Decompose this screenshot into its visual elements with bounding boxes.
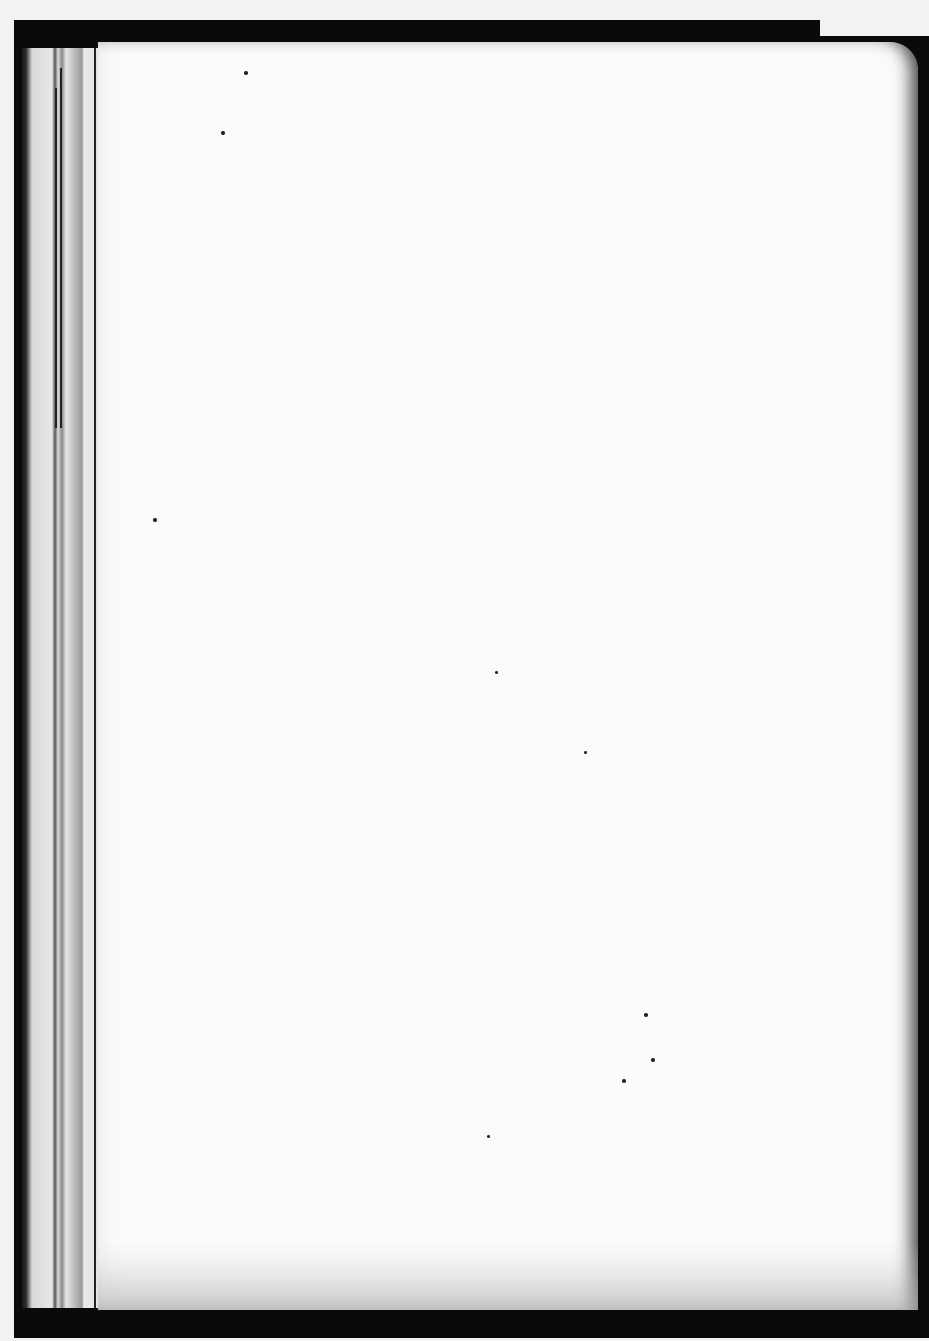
page-gutter-line xyxy=(94,48,96,1308)
page-edge-line xyxy=(60,68,62,428)
dust-speck xyxy=(221,131,225,135)
dust-speck xyxy=(487,1135,490,1138)
dust-speck xyxy=(622,1079,626,1083)
dust-speck xyxy=(495,671,498,674)
dust-speck xyxy=(651,1058,655,1062)
dust-speck xyxy=(244,71,248,75)
dust-speck xyxy=(644,1013,648,1017)
dust-speck xyxy=(584,751,587,754)
page-edge-stack xyxy=(22,48,102,1308)
page-discoloration xyxy=(98,1240,918,1310)
page-edge-line xyxy=(55,88,57,428)
dust-speck xyxy=(153,518,157,522)
blank-page xyxy=(98,42,918,1310)
